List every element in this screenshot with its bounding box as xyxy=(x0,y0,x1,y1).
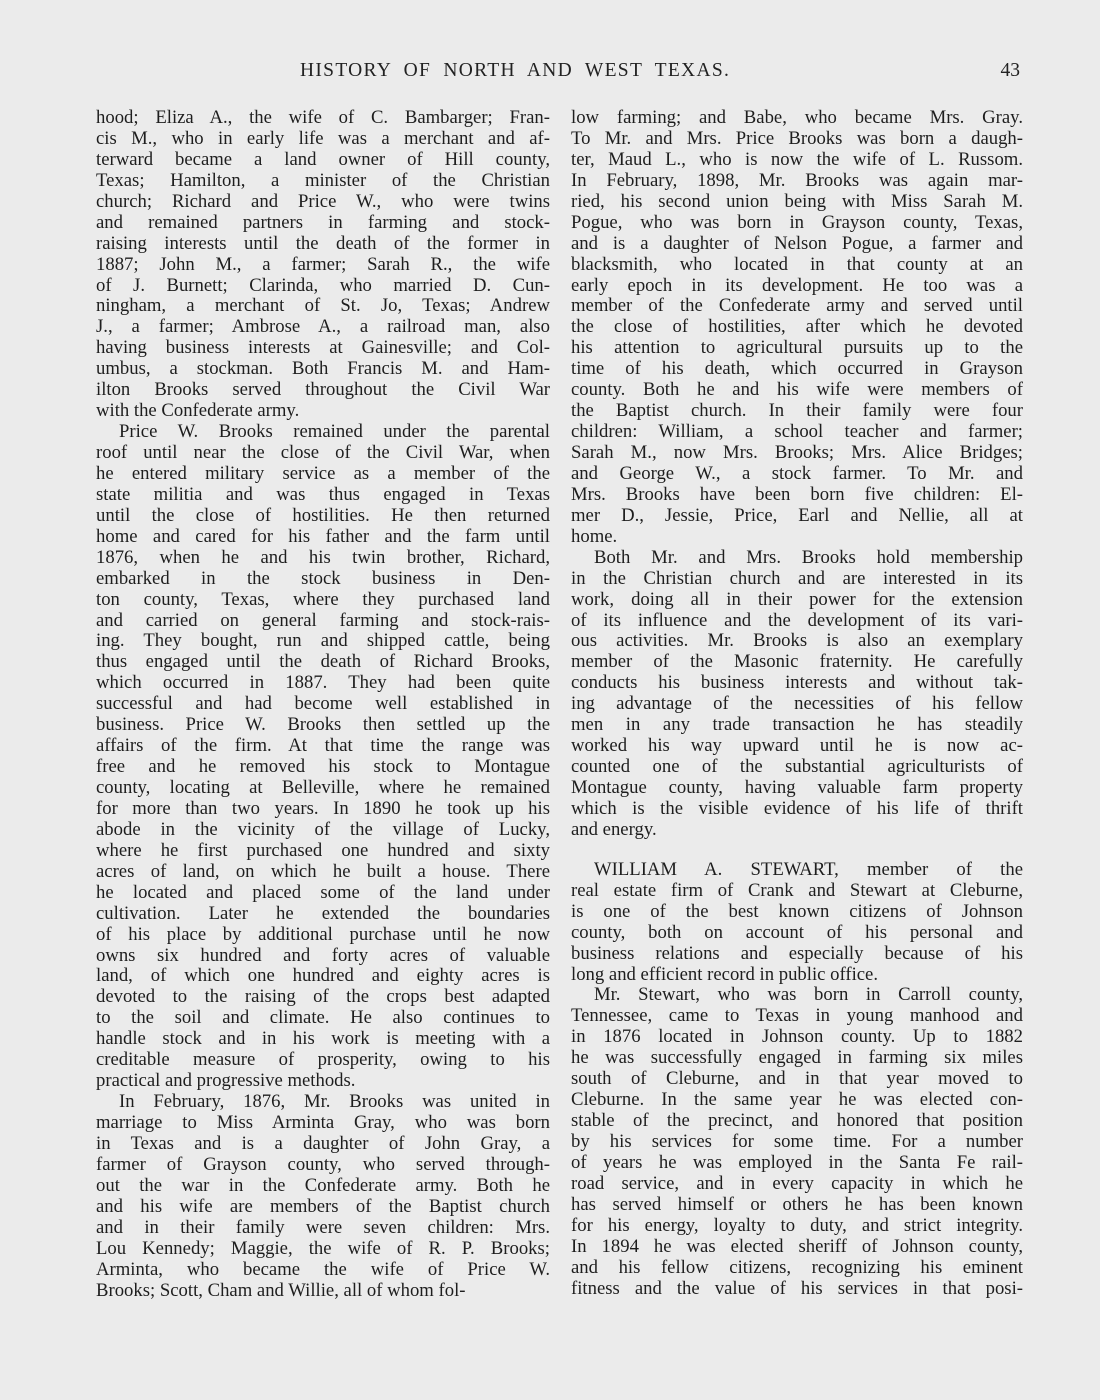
text-line: Texas; Hamilton, a minister of the Chris… xyxy=(96,171,550,192)
text-line: To Mr. and Mrs. Price Brooks was born a … xyxy=(571,129,1023,150)
text-line: terward became a land owner of Hill coun… xyxy=(96,150,550,171)
text-line: in Texas and is a daughter of John Gray,… xyxy=(96,1134,550,1155)
text-line: ningham, a merchant of St. Jo, Texas; An… xyxy=(96,296,550,317)
text-line: cultivation. Later he extended the bound… xyxy=(96,904,550,925)
text-line: and remained partners in farming and sto… xyxy=(96,213,550,234)
text-line: blacksmith, who located in that county a… xyxy=(571,255,1023,276)
text-line: member of the Masonic fraternity. He car… xyxy=(571,652,1023,673)
text-line: ous activities. Mr. Brooks is also an ex… xyxy=(571,631,1023,652)
text-line: and his wife are members of the Baptist … xyxy=(96,1197,550,1218)
text-line: and is a daughter of Nelson Pogue, a far… xyxy=(571,234,1023,255)
text-line: and in their family were seven children:… xyxy=(96,1218,550,1239)
text-line: county, both on account of his personal … xyxy=(571,923,1023,944)
text-line: land, of which one hundred and eighty ac… xyxy=(96,966,550,987)
text-line: and his fellow citizens, recognizing his… xyxy=(571,1258,1023,1279)
text-line: county. Both he and his wife were member… xyxy=(571,380,1023,401)
text-line: counted one of the substantial agricultu… xyxy=(571,757,1023,778)
text-line: conducts his business interests and with… xyxy=(571,673,1023,694)
text-line: Sarah M., now Mrs. Brooks; Mrs. Alice Br… xyxy=(571,443,1023,464)
section-gap xyxy=(571,841,1023,860)
text-line: free and he removed his stock to Montagu… xyxy=(96,757,550,778)
text-line: low farming; and Babe, who became Mrs. G… xyxy=(571,108,1023,129)
text-line: mer D., Jessie, Price, Earl and Nellie, … xyxy=(571,506,1023,527)
text-line: Both Mr. and Mrs. Brooks hold membership xyxy=(571,548,1023,569)
page-number: 43 xyxy=(1001,60,1021,82)
text-line: of its influence and the development of … xyxy=(571,611,1023,632)
text-line: business relations and especially becaus… xyxy=(571,944,1023,965)
text-line: having business interests at Gainesville… xyxy=(96,338,550,359)
text-line: of J. Burnett; Clarinda, who married D. … xyxy=(96,276,550,297)
text-line: Tennessee, came to Texas in young manhoo… xyxy=(571,1006,1023,1027)
text-line: to the soil and climate. He also continu… xyxy=(96,1008,550,1029)
text-line: time of his death, which occurred in Gra… xyxy=(571,359,1023,380)
text-line: In February, 1898, Mr. Brooks was again … xyxy=(571,171,1023,192)
text-line: the close of hostilities, after which he… xyxy=(571,317,1023,338)
text-line: home. xyxy=(571,527,1023,548)
text-line: state militia and was thus engaged in Te… xyxy=(96,485,550,506)
text-line: worked his way upward until he is now ac… xyxy=(571,736,1023,757)
right-column: low farming; and Babe, who became Mrs. G… xyxy=(571,108,1023,1300)
text-line: Cleburne. In the same year he was electe… xyxy=(571,1090,1023,1111)
text-line: of years he was employed in the Santa Fe… xyxy=(571,1153,1023,1174)
text-line: handle stock and in his work is meeting … xyxy=(96,1029,550,1050)
text-line: marriage to Miss Arminta Gray, who was b… xyxy=(96,1113,550,1134)
text-line: in 1876 located in Johnson county. Up to… xyxy=(571,1027,1023,1048)
text-line: ter, Maud L., who is now the wife of L. … xyxy=(571,150,1023,171)
text-line: WILLIAM A. STEWART, member of the xyxy=(571,860,1023,881)
text-line: for his energy, loyalty to duty, and str… xyxy=(571,1216,1023,1237)
text-line: fitness and the value of his services in… xyxy=(571,1279,1023,1300)
text-line: home and cared for his father and the fa… xyxy=(96,527,550,548)
text-line: county, locating at Belleville, where he… xyxy=(96,778,550,799)
text-line: church; Richard and Price W., who were t… xyxy=(96,192,550,213)
text-line: Mr. Stewart, who was born in Carroll cou… xyxy=(571,985,1023,1006)
text-line: and carried on general farming and stock… xyxy=(96,611,550,632)
text-line: his attention to agricultural pursuits u… xyxy=(571,338,1023,359)
text-line: Mrs. Brooks have been born five children… xyxy=(571,485,1023,506)
text-line: and energy. xyxy=(571,820,1023,841)
text-line: of his place by additional purchase unti… xyxy=(96,925,550,946)
text-line: stable of the precinct, and honored that… xyxy=(571,1111,1023,1132)
text-line: Brooks; Scott, Cham and Willie, all of w… xyxy=(96,1281,550,1302)
text-line: hood; Eliza A., the wife of C. Bambarger… xyxy=(96,108,550,129)
text-line: south of Cleburne, and in that year move… xyxy=(571,1069,1023,1090)
text-line: devoted to the raising of the crops best… xyxy=(96,987,550,1008)
text-line: embarked in the stock business in Den- xyxy=(96,569,550,590)
text-line: ing advantage of the necessities of his … xyxy=(571,694,1023,715)
text-line: and George W., a stock farmer. To Mr. an… xyxy=(571,464,1023,485)
text-line: In February, 1876, Mr. Brooks was united… xyxy=(96,1092,550,1113)
text-line: he entered military service as a member … xyxy=(96,464,550,485)
text-line: affairs of the firm. At that time the ra… xyxy=(96,736,550,757)
text-line: creditable measure of prosperity, owing … xyxy=(96,1050,550,1071)
text-line: ilton Brooks served throughout the Civil… xyxy=(96,380,550,401)
text-line: 1887; John M., a farmer; Sarah R., the w… xyxy=(96,255,550,276)
page-header: HISTORY OF NORTH AND WEST TEXAS. 43 xyxy=(300,60,1020,90)
text-line: real estate firm of Crank and Stewart at… xyxy=(571,881,1023,902)
text-line: Montague county, having valuable farm pr… xyxy=(571,778,1023,799)
text-line: J., a farmer; Ambrose A., a railroad man… xyxy=(96,317,550,338)
text-line: business. Price W. Brooks then settled u… xyxy=(96,715,550,736)
text-line: umbus, a stockman. Both Francis M. and H… xyxy=(96,359,550,380)
text-line: In 1894 he was elected sheriff of Johnso… xyxy=(571,1237,1023,1258)
text-line: men in any trade transaction he has stea… xyxy=(571,715,1023,736)
text-line: which is the visible evidence of his lif… xyxy=(571,799,1023,820)
text-line: which occurred in 1887. They had been qu… xyxy=(96,673,550,694)
text-line: for more than two years. In 1890 he took… xyxy=(96,799,550,820)
text-line: Pogue, who was born in Grayson county, T… xyxy=(571,213,1023,234)
text-line: he located and placed some of the land u… xyxy=(96,883,550,904)
text-line: cis M., who in early life was a merchant… xyxy=(96,129,550,150)
text-line: ton county, Texas, where they purchased … xyxy=(96,590,550,611)
text-line: out the war in the Confederate army. Bot… xyxy=(96,1176,550,1197)
text-line: is one of the best known citizens of Joh… xyxy=(571,902,1023,923)
text-line: Arminta, who became the wife of Price W. xyxy=(96,1260,550,1281)
text-line: roof until near the close of the Civil W… xyxy=(96,443,550,464)
text-line: ried, his second union being with Miss S… xyxy=(571,192,1023,213)
text-line: acres of land, on which he built a house… xyxy=(96,862,550,883)
text-line: farmer of Grayson county, who served thr… xyxy=(96,1155,550,1176)
text-line: owns six hundred and forty acres of valu… xyxy=(96,946,550,967)
text-line: in the Christian church and are interest… xyxy=(571,569,1023,590)
text-line: 1876, when he and his twin brother, Rich… xyxy=(96,548,550,569)
text-line: where he first purchased one hundred and… xyxy=(96,841,550,862)
text-line: until the close of hostilities. He then … xyxy=(96,506,550,527)
left-column: hood; Eliza A., the wife of C. Bambarger… xyxy=(96,108,550,1301)
text-line: with the Confederate army. xyxy=(96,401,550,422)
text-line: the Baptist church. In their family were… xyxy=(571,401,1023,422)
text-line: ing. They bought, run and shipped cattle… xyxy=(96,631,550,652)
text-line: has served himself or others he has been… xyxy=(571,1195,1023,1216)
text-line: raising interests until the death of the… xyxy=(96,234,550,255)
text-line: children: William, a school teacher and … xyxy=(571,422,1023,443)
text-line: thus engaged until the death of Richard … xyxy=(96,652,550,673)
text-line: abode in the vicinity of the village of … xyxy=(96,820,550,841)
text-line: he was successfully engaged in farming s… xyxy=(571,1048,1023,1069)
text-line: work, doing all in their power for the e… xyxy=(571,590,1023,611)
text-line: Price W. Brooks remained under the paren… xyxy=(96,422,550,443)
text-line: successful and had become well establish… xyxy=(96,694,550,715)
text-line: road service, and in every capacity in w… xyxy=(571,1174,1023,1195)
text-line: long and efficient record in public offi… xyxy=(571,965,1023,986)
running-title: HISTORY OF NORTH AND WEST TEXAS. xyxy=(300,60,730,82)
text-line: practical and progressive methods. xyxy=(96,1071,550,1092)
text-line: by his services for some time. For a num… xyxy=(571,1132,1023,1153)
text-line: Lou Kennedy; Maggie, the wife of R. P. B… xyxy=(96,1239,550,1260)
text-line: early epoch in its development. He too w… xyxy=(571,276,1023,297)
text-line: member of the Confederate army and serve… xyxy=(571,296,1023,317)
